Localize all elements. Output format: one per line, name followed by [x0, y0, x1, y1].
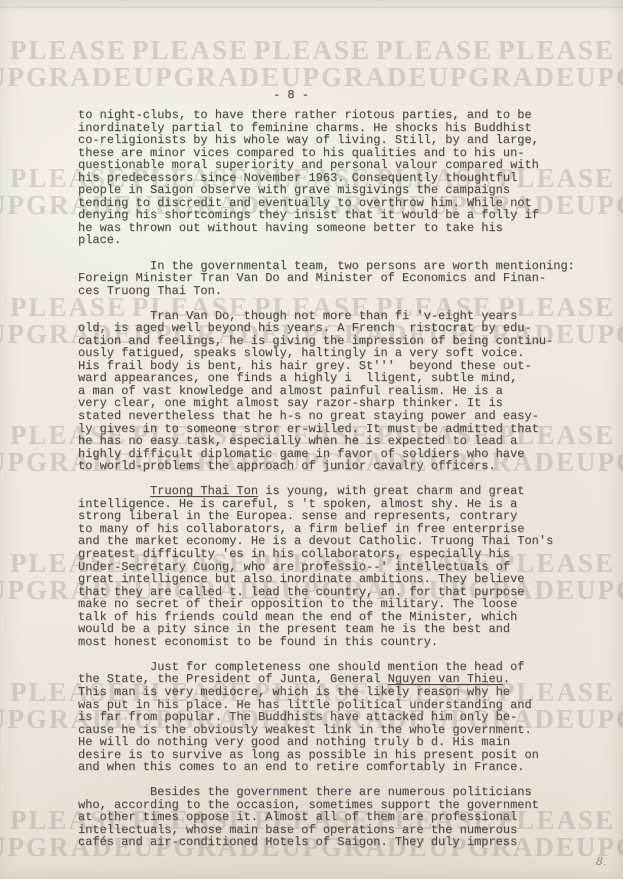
paragraph: Tran Van Do, though not more than fi 'v-…	[78, 310, 588, 473]
watermark-word: UPGRADE	[429, 63, 577, 91]
paragraph: In the governmental team, two persons ar…	[78, 260, 588, 298]
watermark-row: PLEASEPLEASEPLEASEPLEASEPLEASE	[10, 36, 615, 64]
watermark-word: UPGRADE	[576, 63, 623, 91]
watermark-word: PLEASE	[498, 36, 615, 64]
text-line: cafés and air-conditioned Hotels of Saig…	[78, 836, 588, 849]
text-line: and when this comes to an end to retire …	[78, 761, 588, 774]
text-line: to world-problems the approach of junior…	[78, 460, 588, 473]
document-body: to night-clubs, to have there rather rio…	[78, 109, 588, 849]
text-line: he was thrown out without having someone…	[78, 222, 588, 235]
watermark-word: PLEASE	[132, 36, 249, 64]
watermark-word: PLEASE	[376, 36, 493, 64]
text-line: most honest economist to be found in thi…	[78, 636, 588, 649]
watermark-word: UPGRADE	[0, 63, 134, 91]
watermark-word: UPGRADE	[134, 63, 282, 91]
watermark-word: UPGRADE	[281, 63, 429, 91]
page-corner-annotation: 8.	[596, 855, 607, 869]
page-number-header: - 8 -	[241, 89, 341, 102]
watermark-word: PLEASE	[10, 36, 127, 64]
watermark-word: PLEASE	[254, 36, 371, 64]
paragraph: to night-clubs, to have there rather rio…	[78, 109, 588, 247]
text-line: place.	[78, 234, 588, 247]
paragraph: Truong Thai Ton is young, with great cha…	[78, 485, 588, 648]
paragraph: Just for completeness one should mention…	[78, 661, 588, 774]
paragraph: Besides the government there are numerou…	[78, 786, 588, 849]
text-line: ces Truong Thai Ton.	[78, 285, 588, 298]
document-page: PLEASEPLEASEPLEASEPLEASEPLEASEUPGRADEUPG…	[0, 0, 623, 879]
watermark-row: UPGRADEUPGRADEUPGRADEUPGRADEUPGRADE	[0, 63, 623, 91]
